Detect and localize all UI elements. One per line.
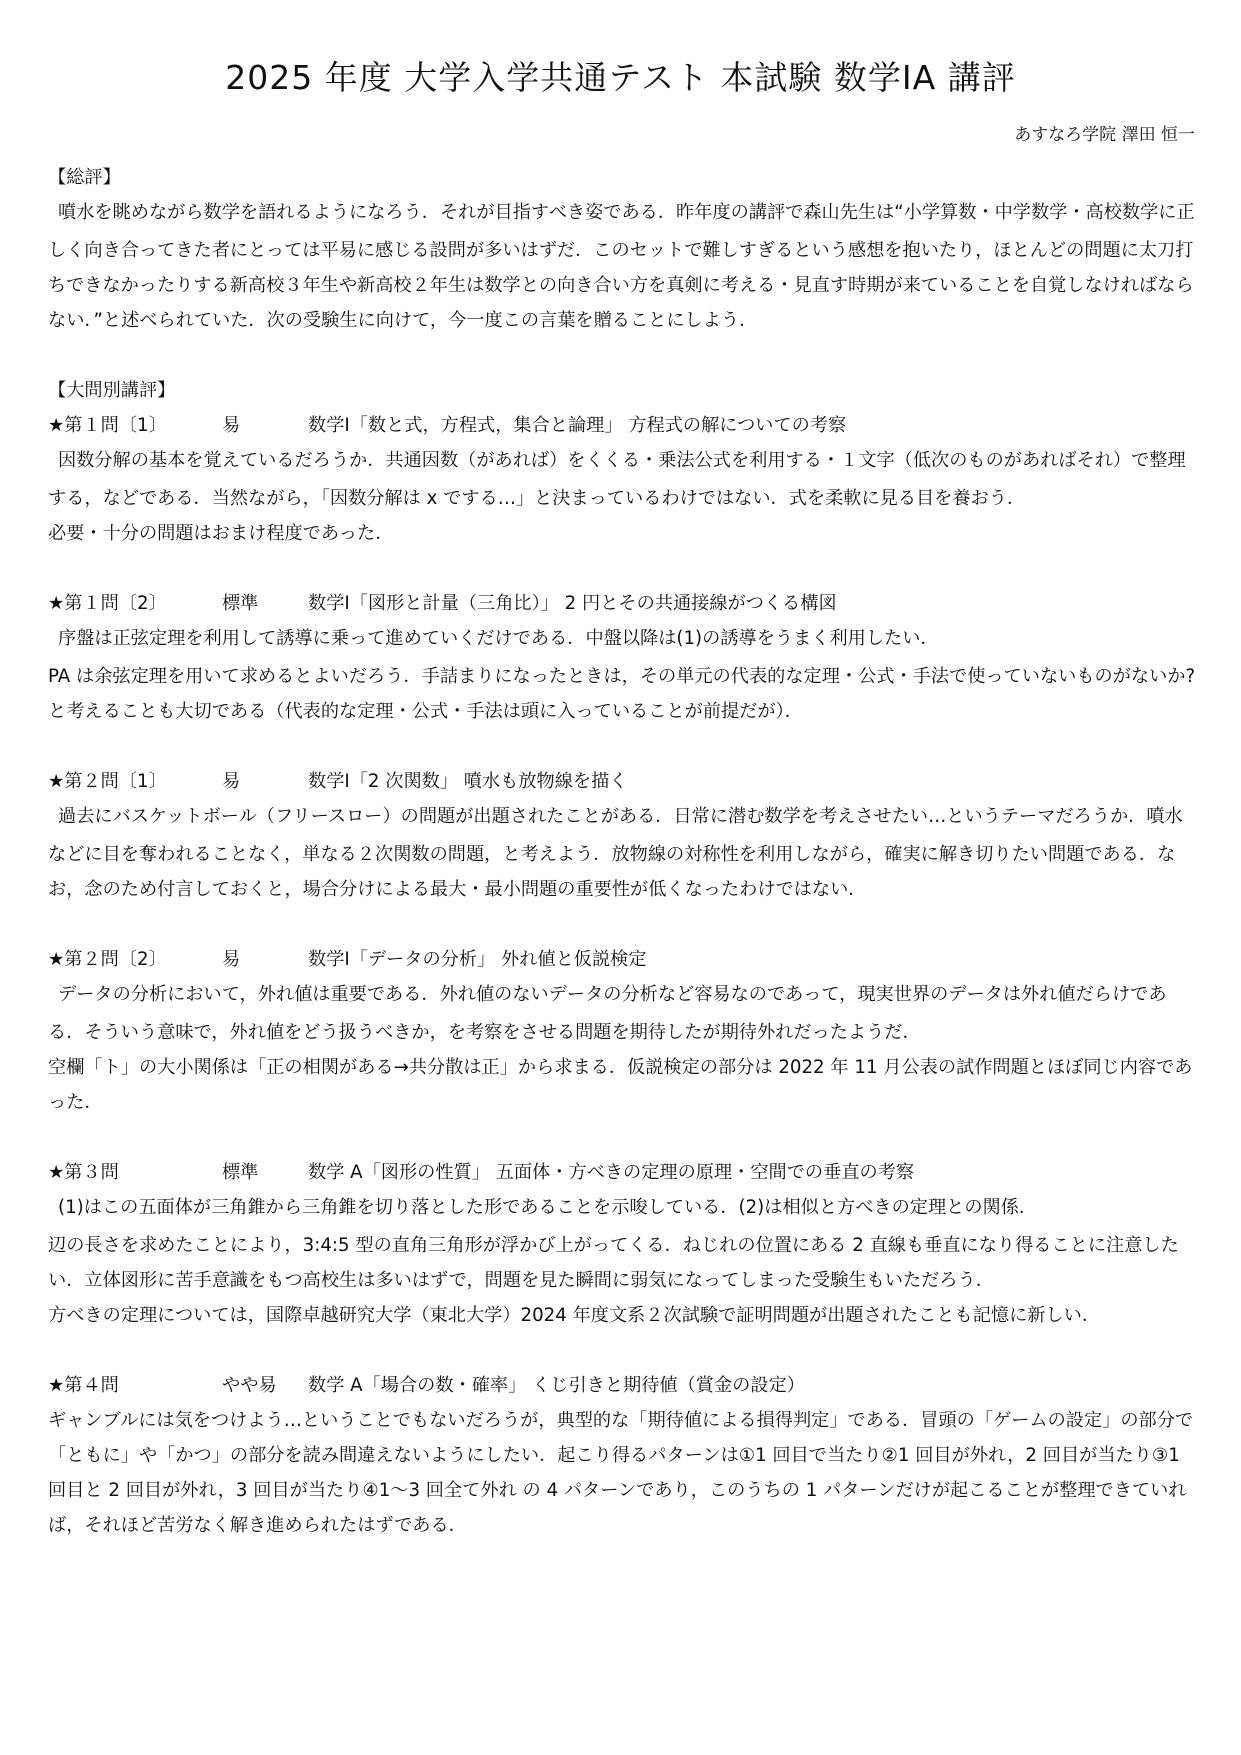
question-review: ★第３問標準数学 A「図形の性質」 五面体・方べきの定理の原理・空間での垂直の考… [48,1155,1198,1333]
question-review: ★第２問〔2〕易数学Ⅰ「データの分析」 外れ値と仮説検定データの分析において，外… [48,942,1198,1120]
spacer [48,729,1198,764]
overview-label: 【総評】 [48,160,1198,195]
review-paragraph: 因数分解の基本を覚えているだろうか．共通因数（があれば）をくくる・乗法公式を利用… [48,443,1198,516]
document-body: 【総評】 噴水を眺めながら数学を語れるようになろう．それが目指すべき姿である．昨… [48,160,1198,1543]
review-paragraph: データの分析において，外れ値は重要である．外れ値のないデータの分析など容易なので… [48,977,1198,1050]
subject-topic: 数学Ⅰ「2 次関数」 噴水も放物線を描く [308,764,628,799]
difficulty-label: やや易 [222,1368,308,1403]
document-title: 2025 年度 大学入学共通テスト 本試験 数学ⅠA 講評 [0,52,1241,99]
subject-topic: 数学 A「図形の性質」 五面体・方べきの定理の原理・空間での垂直の考察 [308,1155,914,1190]
spacer [48,907,1198,942]
review-paragraph: 辺の長さを求めたことにより，3:4:5 型の直角三角形が浮かび上がってくる．ねじ… [48,1228,1198,1298]
question-number: ★第３問 [48,1155,222,1190]
subject-topic: 数学Ⅰ「データの分析」 外れ値と仮説検定 [308,942,647,977]
review-paragraph: 必要・十分の問題はおまけ程度であった． [48,516,1198,551]
spacer [48,1120,1198,1155]
question-heading: ★第２問〔1〕易数学Ⅰ「2 次関数」 噴水も放物線を描く [48,764,1198,799]
spacer [48,338,1198,373]
review-paragraph: PA は余弦定理を用いて求めるとよいだろう．手詰まりになったときは，その単元の代… [48,659,1198,729]
question-heading: ★第３問標準数学 A「図形の性質」 五面体・方べきの定理の原理・空間での垂直の考… [48,1155,1198,1190]
question-number: ★第２問〔2〕 [48,942,222,977]
spacer [48,1333,1198,1368]
question-review: ★第１問〔2〕標準数学Ⅰ「図形と計量（三角比）」 2 円とその共通接線がつくる構… [48,586,1198,729]
review-paragraph: ギャンブルには気をつけよう…ということでもないだろうが，典型的な「期待値による損… [48,1403,1198,1543]
overview-paragraph: 噴水を眺めながら数学を語れるようになろう．それが目指すべき姿である．昨年度の講評… [48,195,1198,338]
question-number: ★第２問〔1〕 [48,764,222,799]
review-paragraph: 空欄「ト」の大小関係は「正の相関がある→共分散は正」から求まる．仮説検定の部分は… [48,1050,1198,1120]
difficulty-label: 標準 [222,1155,308,1190]
subject-topic: 数学Ⅰ「図形と計量（三角比）」 2 円とその共通接線がつくる構図 [308,586,837,621]
question-review: ★第４問やや易数学 A「場合の数・確率」 くじ引きと期待値（賞金の設定）ギャンブ… [48,1368,1198,1543]
question-list: ★第１問〔1〕易数学Ⅰ「数と式，方程式，集合と論理」 方程式の解についての考察因… [48,408,1198,1543]
question-number: ★第１問〔1〕 [48,408,222,443]
question-number: ★第１問〔2〕 [48,586,222,621]
question-review: ★第１問〔1〕易数学Ⅰ「数と式，方程式，集合と論理」 方程式の解についての考察因… [48,408,1198,551]
review-paragraph: 方べきの定理については，国際卓越研究大学（東北大学）2024 年度文系２次試験で… [48,1298,1198,1333]
subject-topic: 数学Ⅰ「数と式，方程式，集合と論理」 方程式の解についての考察 [308,408,846,443]
subject-topic: 数学 A「場合の数・確率」 くじ引きと期待値（賞金の設定） [308,1368,805,1403]
difficulty-label: 易 [222,764,308,799]
difficulty-label: 易 [222,942,308,977]
section-reviews-label: 【大問別講評】 [48,373,1198,408]
question-heading: ★第４問やや易数学 A「場合の数・確率」 くじ引きと期待値（賞金の設定） [48,1368,1198,1403]
spacer [48,551,1198,586]
review-paragraph: 序盤は正弦定理を利用して誘導に乗って進めていくだけである．中盤以降は(1)の誘導… [48,621,1198,659]
question-heading: ★第２問〔2〕易数学Ⅰ「データの分析」 外れ値と仮説検定 [48,942,1198,977]
difficulty-label: 標準 [222,586,308,621]
review-paragraph: 過去にバスケットボール（フリースロー）の問題が出題されたことがある．日常に潜む数… [48,799,1198,907]
author-line: あすなろ学院 澤田 恒一 [1014,120,1195,145]
question-heading: ★第１問〔2〕標準数学Ⅰ「図形と計量（三角比）」 2 円とその共通接線がつくる構… [48,586,1198,621]
question-review: ★第２問〔1〕易数学Ⅰ「2 次関数」 噴水も放物線を描く過去にバスケットボール（… [48,764,1198,907]
difficulty-label: 易 [222,408,308,443]
review-paragraph: (1)はこの五面体が三角錐から三角錐を切り落とした形であることを示唆している．(… [48,1190,1198,1228]
question-number: ★第４問 [48,1368,222,1403]
question-heading: ★第１問〔1〕易数学Ⅰ「数と式，方程式，集合と論理」 方程式の解についての考察 [48,408,1198,443]
